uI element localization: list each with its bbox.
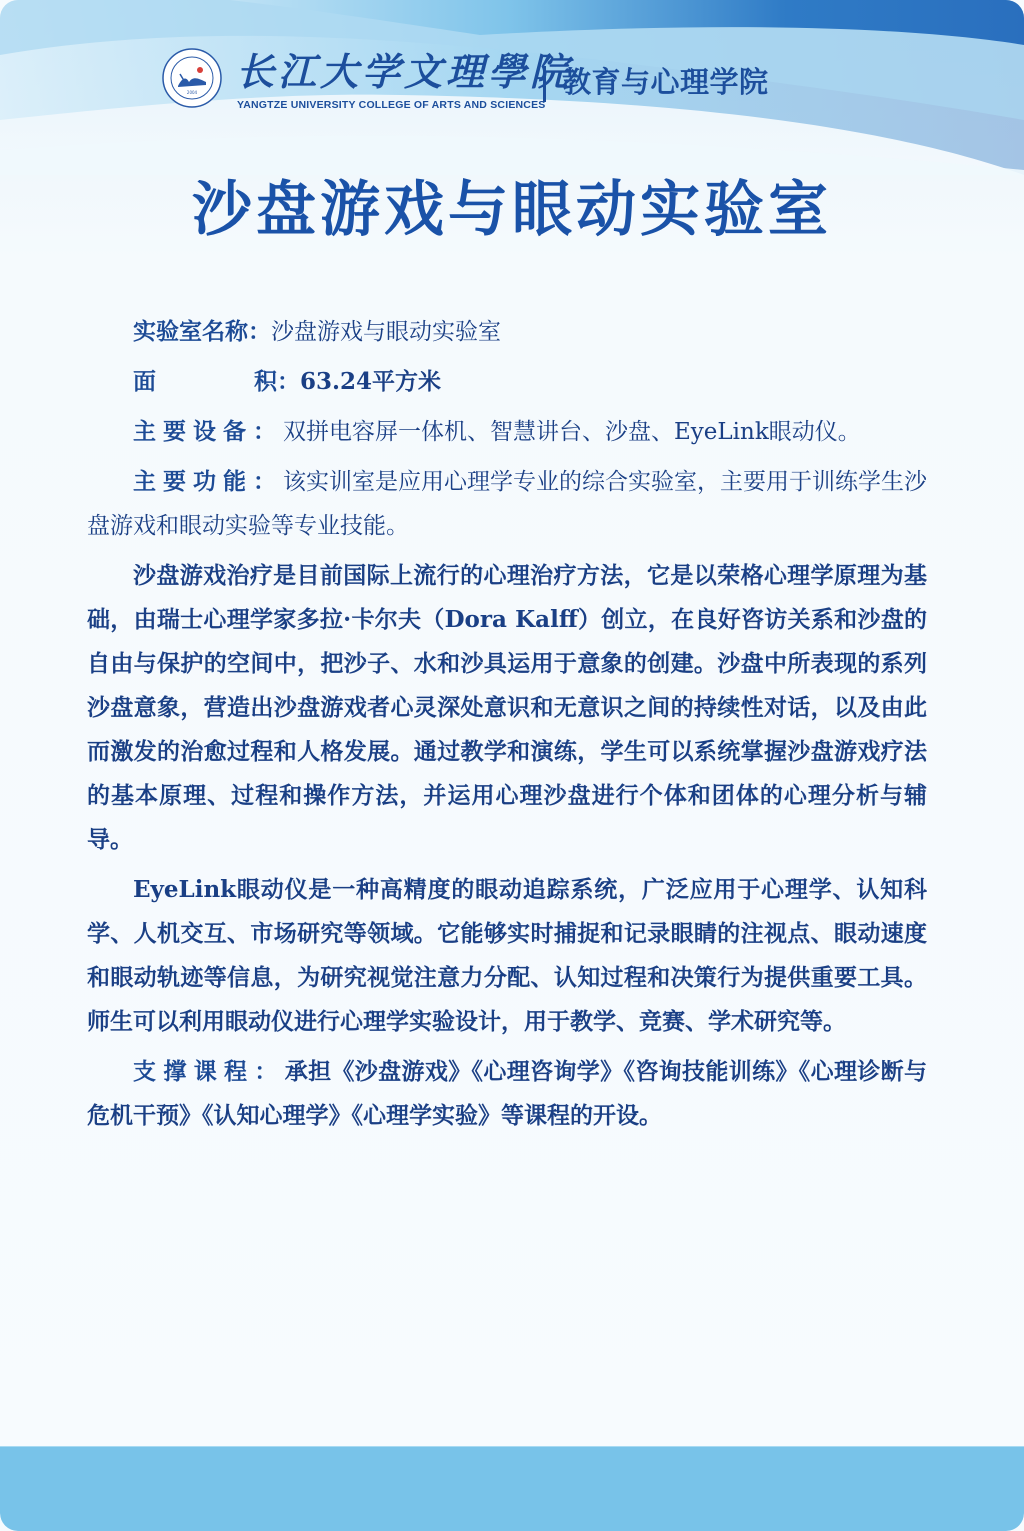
info-area: 面积：63.24平方米 [87,360,927,404]
info-equipment: 主要设备：双拼电容屏一体机、智慧讲台、沙盘、EyeLink眼动仪。 [87,410,927,454]
lab-name-label: 实验室名称： [133,319,271,345]
paragraph-sandplay: 沙盘游戏治疗是目前国际上流行的心理治疗方法，它是以荣格心理学原理为基础，由瑞士心… [87,554,927,862]
function-label: 主要功能： [133,469,283,495]
equipment-value: 双拼电容屏一体机、智慧讲台、沙盘、EyeLink眼动仪。 [283,419,861,445]
svg-text:2004: 2004 [187,90,198,95]
courses-label: 支撑课程： [133,1059,285,1085]
lab-description: 实验室名称：沙盘游戏与眼动实验室 面积：63.24平方米 主要设备：双拼电容屏一… [87,310,927,1138]
equipment-label: 主要设备： [133,419,283,445]
university-seal-icon: 2004 [162,48,222,108]
info-lab-name: 实验室名称：沙盘游戏与眼动实验室 [87,310,927,354]
school-name-cn: 长江大学文理學院 [236,50,572,94]
area-value: 63.24平方米 [300,368,441,395]
info-courses: 支撑课程：承担《沙盘游戏》《心理咨询学》《咨询技能训练》《心理诊断与危机干预》《… [87,1050,927,1138]
header-banner: 2004 长江大学文理學院 YANGTZE UNIVERSITY COLLEGE… [0,0,1024,175]
area-label-b: 积： [254,369,300,395]
area-label-a: 面 [133,369,156,395]
poster: 2004 长江大学文理學院 YANGTZE UNIVERSITY COLLEGE… [0,0,1024,1531]
paragraph-eyelink: EyeLink眼动仪是一种高精度的眼动追踪系统，广泛应用于心理学、认知科学、人机… [87,868,927,1044]
footer-band [0,1446,1024,1531]
info-function: 主要功能：该实训室是应用心理学专业的综合实验室，主要用于训练学生沙盘游戏和眼动实… [87,460,927,548]
page-title: 沙盘游戏与眼动实验室 [0,172,1024,248]
school-name-en: YANGTZE UNIVERSITY COLLEGE OF ARTS AND S… [237,99,546,111]
header-divider [543,66,546,102]
lab-name-value: 沙盘游戏与眼动实验室 [271,319,501,345]
department-name: 教育与心理学院 [562,62,769,102]
